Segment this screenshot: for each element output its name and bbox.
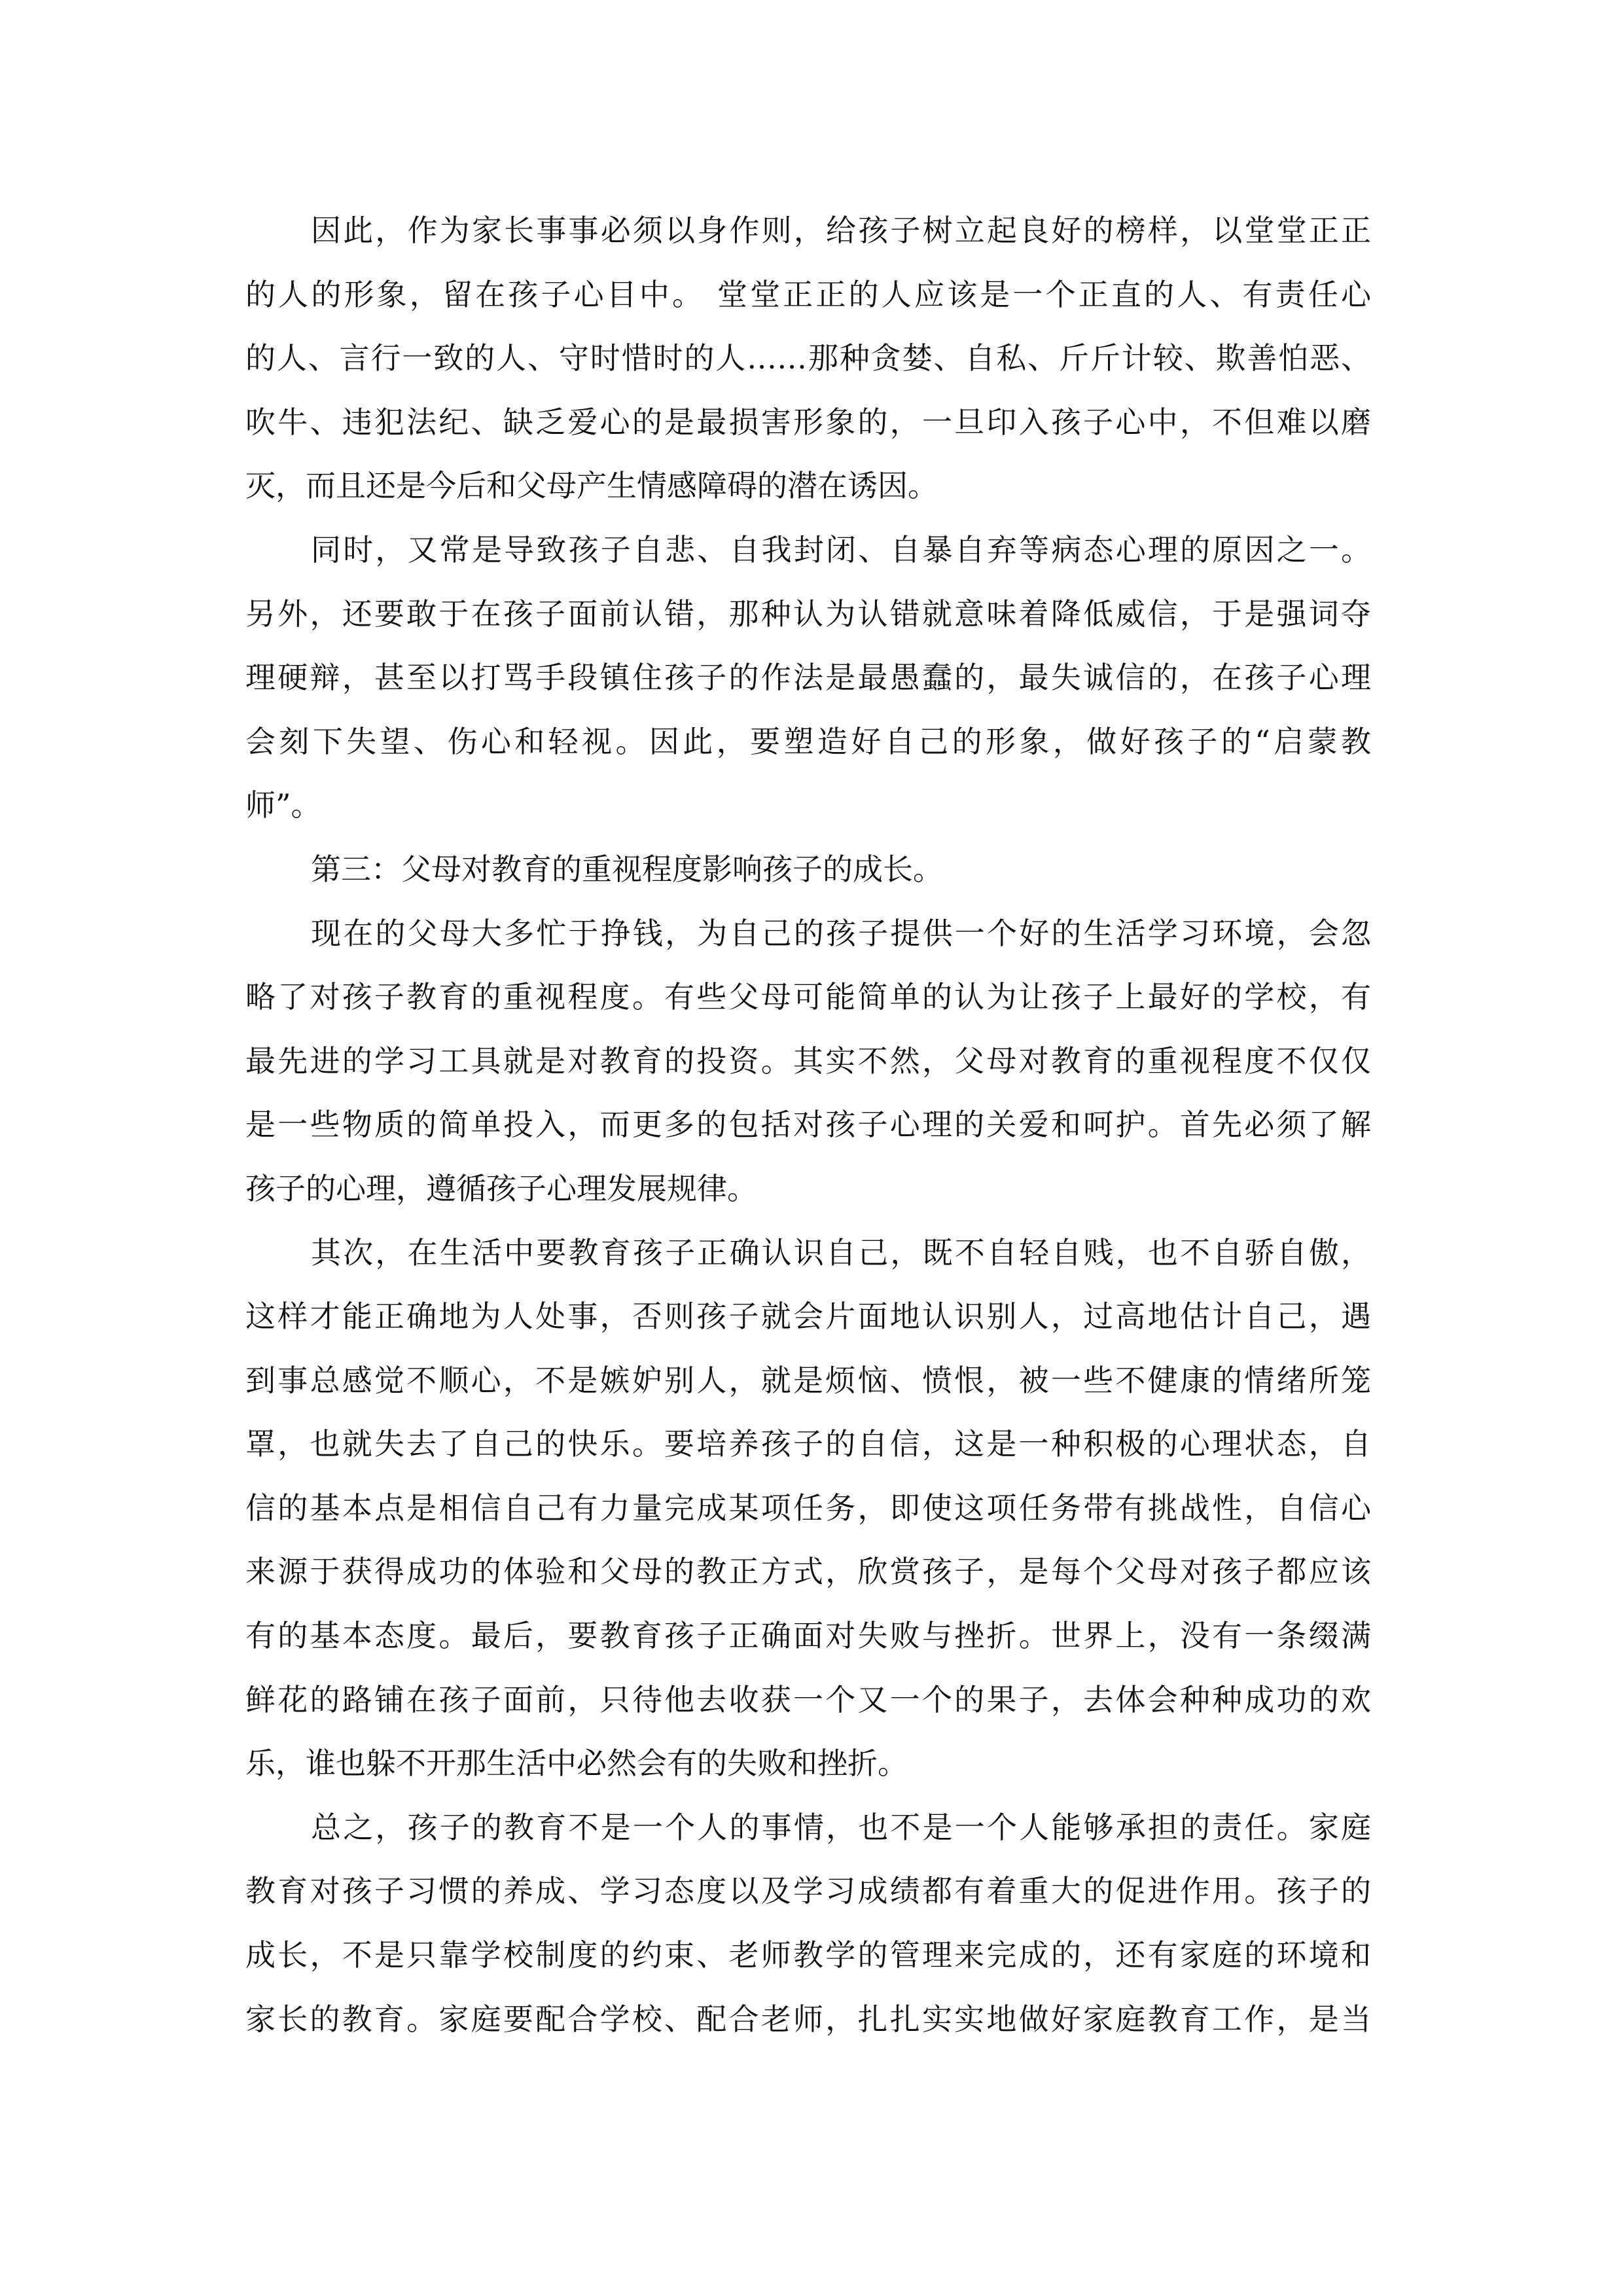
text-line: 其次，在生活中要教育孩子正确认识自己，既不自轻自贱，也不自骄自傲， bbox=[245, 1221, 1371, 1285]
text-line: 会刻下失望、伤心和轻视。因此，要塑造好自己的形象，做好孩子的“启蒙教 bbox=[245, 710, 1371, 774]
paragraph-4: 现在的父母大多忙于挣钱，为自己的孩子提供一个好的生活学习环境，会忽 略了对孩子教… bbox=[245, 902, 1371, 1221]
text-line: 的人的形象，留在孩子心目中。 堂堂正正的人应该是一个正直的人、有责任心 bbox=[245, 263, 1371, 327]
text-line: 灭，而且还是今后和父母产生情感障碍的潜在诱因。 bbox=[245, 454, 1371, 518]
section-heading: 第三：父母对教育的重视程度影响孩子的成长。 bbox=[245, 838, 1371, 902]
text-line: 吹牛、违犯法纪、缺乏爱心的是最损害形象的，一旦印入孩子心中，不但难以磨 bbox=[245, 391, 1371, 455]
text-line: 家长的教育。家庭要配合学校、配合老师，扎扎实实地做好家庭教育工作，是当 bbox=[245, 1988, 1371, 2052]
paragraph-1: 因此，作为家长事事必须以身作则，给孩子树立起良好的榜样，以堂堂正正 的人的形象，… bbox=[245, 199, 1371, 518]
text-line: 最先进的学习工具就是对教育的投资。其实不然，父母对教育的重视程度不仅仅 bbox=[245, 1030, 1371, 1094]
paragraph-5: 其次，在生活中要教育孩子正确认识自己，既不自轻自贱，也不自骄自傲， 这样才能正确… bbox=[245, 1221, 1371, 1796]
text-line: 因此，作为家长事事必须以身作则，给孩子树立起良好的榜样，以堂堂正正 bbox=[245, 199, 1371, 263]
document-page: 因此，作为家长事事必须以身作则，给孩子树立起良好的榜样，以堂堂正正 的人的形象，… bbox=[0, 0, 1623, 2296]
text-line: 信的基本点是相信自己有力量完成某项任务，即使这项任务带有挑战性，自信心 bbox=[245, 1477, 1371, 1541]
text-line: 来源于获得成功的体验和父母的教正方式，欣赏孩子，是每个父母对孩子都应该 bbox=[245, 1540, 1371, 1604]
text-line: 略了对孩子教育的重视程度。有些父母可能简单的认为让孩子上最好的学校，有 bbox=[245, 965, 1371, 1030]
text-line: 同时，又常是导致孩子自悲、自我封闭、自暴自弃等病态心理的原因之一。 bbox=[245, 518, 1371, 583]
text-line: 这样才能正确地为人处事，否则孩子就会片面地认识别人，过高地估计自己，遇 bbox=[245, 1285, 1371, 1349]
heading-line: 第三：父母对教育的重视程度影响孩子的成长。 bbox=[245, 838, 1371, 902]
text-line: 是一些物质的简单投入，而更多的包括对孩子心理的关爱和呵护。首先必须了解 bbox=[245, 1093, 1371, 1157]
text-line: 鲜花的路铺在孩子面前，只待他去收获一个又一个的果子，去体会种种成功的欢 bbox=[245, 1668, 1371, 1732]
text-line: 理硬辩，甚至以打骂手段镇住孩子的作法是最愚蠢的，最失诚信的，在孩子心理 bbox=[245, 646, 1371, 710]
text-line: 成长，不是只靠学校制度的约束、老师教学的管理来完成的，还有家庭的环境和 bbox=[245, 1924, 1371, 1988]
text-line: 孩子的心理，遵循孩子心理发展规律。 bbox=[245, 1157, 1371, 1221]
body-text: 因此，作为家长事事必须以身作则，给孩子树立起良好的榜样，以堂堂正正 的人的形象，… bbox=[245, 199, 1371, 2051]
text-line: 另外，还要敢于在孩子面前认错，那种认为认错就意味着降低威信，于是强词夺 bbox=[245, 583, 1371, 647]
text-line: 有的基本态度。最后，要教育孩子正确面对失败与挫折。世界上，没有一条缀满 bbox=[245, 1604, 1371, 1668]
text-line: 到事总感觉不顺心，不是嫉妒别人，就是烦恼、愤恨，被一些不健康的情绪所笼 bbox=[245, 1349, 1371, 1413]
text-line: 教育对孩子习惯的养成、学习态度以及学习成绩都有着重大的促进作用。孩子的 bbox=[245, 1859, 1371, 1924]
paragraph-6: 总之，孩子的教育不是一个人的事情，也不是一个人能够承担的责任。家庭 教育对孩子习… bbox=[245, 1796, 1371, 2051]
text-line: 乐，谁也躲不开那生活中必然会有的失败和挫折。 bbox=[245, 1732, 1371, 1796]
text-line: 现在的父母大多忙于挣钱，为自己的孩子提供一个好的生活学习环境，会忽 bbox=[245, 902, 1371, 966]
text-line: 罩，也就失去了自己的快乐。要培养孩子的自信，这是一种积极的心理状态，自 bbox=[245, 1412, 1371, 1477]
text-line: 的人、言行一致的人、守时惜时的人……那种贪婪、自私、斤斤计较、欺善怕恶、 bbox=[245, 327, 1371, 391]
text-line: 总之，孩子的教育不是一个人的事情，也不是一个人能够承担的责任。家庭 bbox=[245, 1796, 1371, 1860]
paragraph-2: 同时，又常是导致孩子自悲、自我封闭、自暴自弃等病态心理的原因之一。 另外，还要敢… bbox=[245, 518, 1371, 838]
text-line: 师”。 bbox=[245, 774, 1371, 838]
